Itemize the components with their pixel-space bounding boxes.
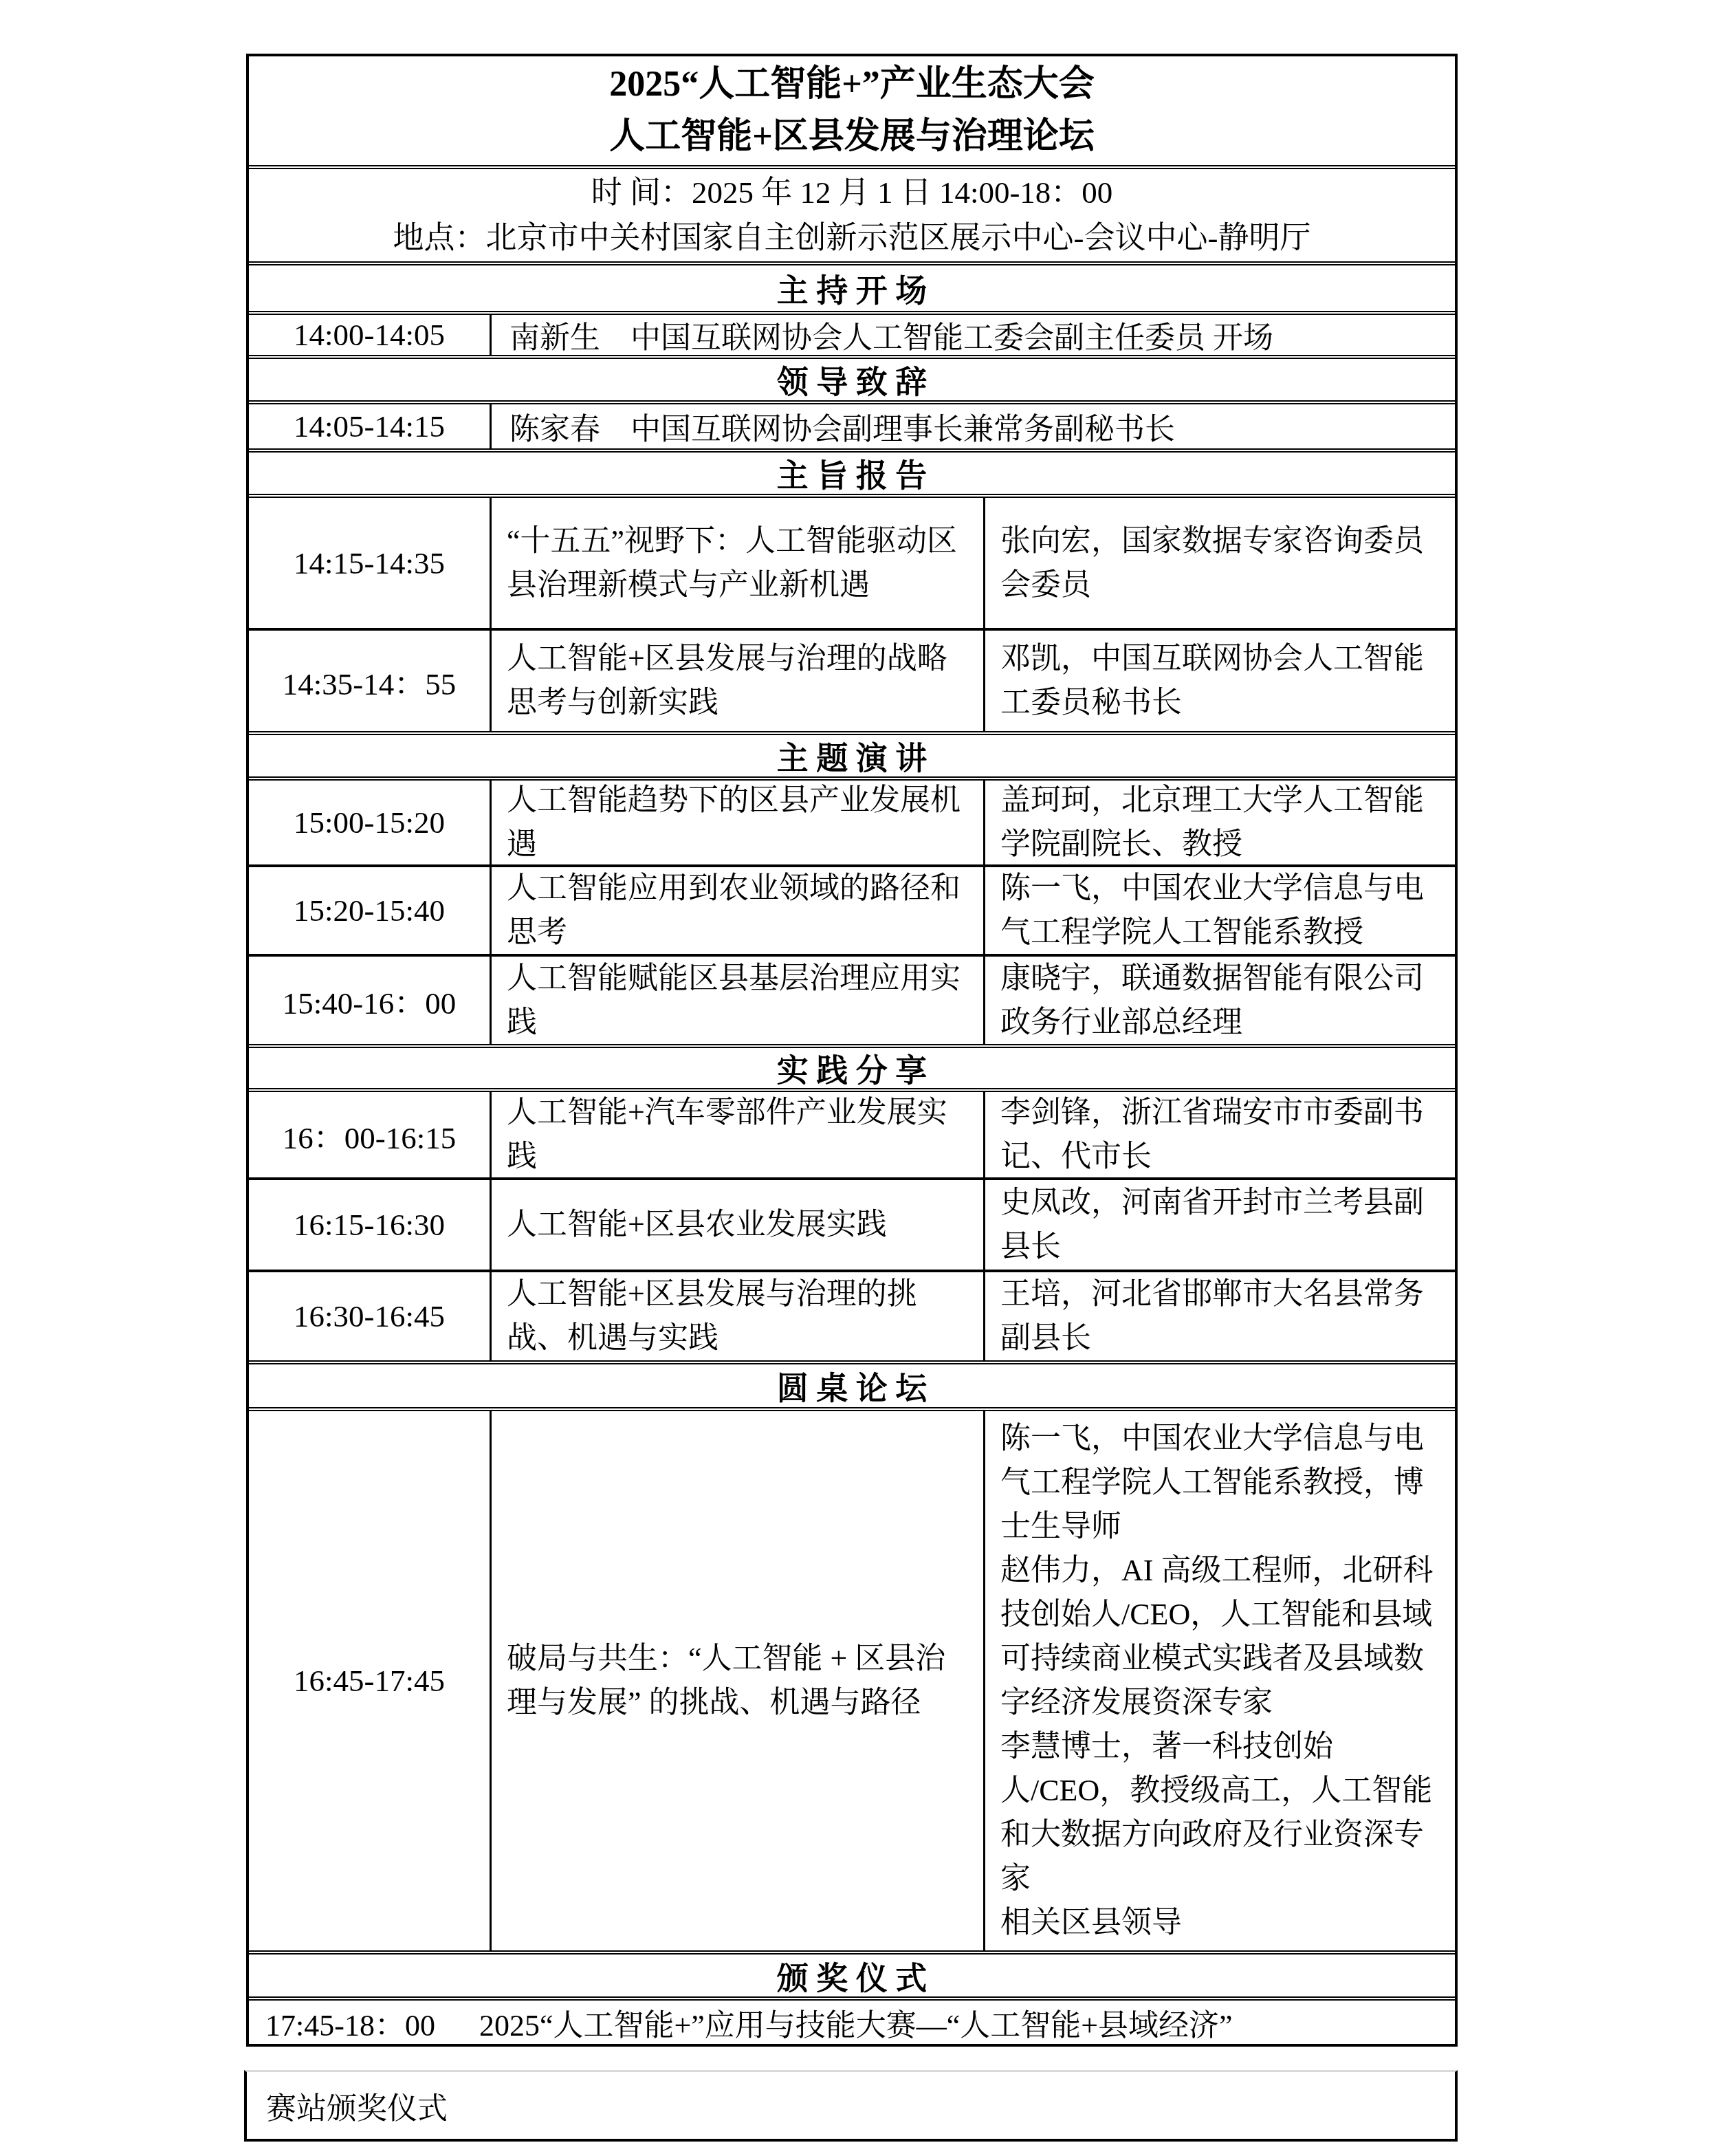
section-row-roundtable: 圆 桌 论 坛 [249, 1360, 1455, 1407]
time-cell: 16：00-16:15 [249, 1092, 490, 1177]
title-line-1: 2025“人工智能+”产业生态大会 [249, 58, 1455, 111]
speaker-cell: 陈一飞，中国农业大学信息与电气工程学院人工智能系教授，博士生导师 赵伟力，AI … [983, 1411, 1455, 1950]
time-cell: 14:15-14:35 [249, 498, 490, 628]
topic-cell: 人工智能趋势下的区县产业发展机遇 [490, 781, 983, 864]
table-row-award: 17:45-18：00 2025“人工智能+”应用与技能大赛—“人工智能+县域经… [249, 1996, 1455, 2044]
speaker-cell: 李剑锋，浙江省瑞安市市委副书记、代市长 [983, 1092, 1455, 1177]
section-header: 颁 奖 仪 式 [249, 1954, 1455, 1996]
speaker-cell: 张向宏，国家数据专家咨询委员会委员 [983, 498, 1455, 628]
table-row-roundtable: 16:45-17:45 破局与共生：“人工智能 + 区县治理与发展” 的挑战、机… [249, 1407, 1455, 1950]
table-row: 14:35-14：55 人工智能+区县发展与治理的战略思考与创新实践 邓凯，中国… [249, 628, 1455, 731]
roundtable-speaker: 相关区县领导 [1000, 1901, 1445, 1945]
time-cell: 15:20-15:40 [249, 867, 490, 954]
topic-cell: 人工智能+汽车零部件产业发展实践 [490, 1092, 983, 1177]
event-time: 时 间：2025 年 12 月 1 日 14:00-18：00 [249, 170, 1455, 215]
section-row-talks: 主 题 演 讲 [249, 731, 1455, 776]
speaker-cell: 陈一飞，中国农业大学信息与电气工程学院人工智能系教授 [983, 867, 1455, 954]
table-row-title: 2025“人工智能+”产业生态大会 人工智能+区县发展与治理论坛 [249, 56, 1455, 165]
section-header: 圆 桌 论 坛 [249, 1364, 1455, 1407]
content-cell: 南新生 中国互联网协会人工智能工委会副主任委员 开场 [490, 315, 1455, 355]
table-row: 15:00-15:20 人工智能趋势下的区县产业发展机遇 盖珂珂，北京理工大学人… [249, 776, 1455, 864]
event-place: 地点：北京市中关村国家自主创新示范区展示中心-会议中心-静明厅 [249, 215, 1455, 261]
topic-cell: 人工智能+区县农业发展实践 [490, 1180, 983, 1270]
topic-cell: 破局与共生：“人工智能 + 区县治理与发展” 的挑战、机遇与路径 [490, 1411, 983, 1950]
roundtable-speaker: 陈一飞，中国农业大学信息与电气工程学院人工智能系教授，博士生导师 [1000, 1417, 1445, 1549]
speaker-cell: 史凤改，河南省开封市兰考县副县长 [983, 1180, 1455, 1270]
table-row: 14:00-14:05 南新生 中国互联网协会人工智能工委会副主任委员 开场 [249, 311, 1455, 355]
section-header: 主 题 演 讲 [249, 735, 1455, 776]
meta-cell: 时 间：2025 年 12 月 1 日 14:00-18：00 地点：北京市中关… [249, 169, 1455, 261]
title-line-2: 人工智能+区县发展与治理论坛 [249, 111, 1455, 163]
section-header: 领 导 致 辞 [249, 359, 1455, 400]
time-cell: 14:00-14:05 [249, 315, 490, 355]
topic-cell: 人工智能赋能区县基层治理应用实践 [490, 957, 983, 1044]
time-cell: 16:15-16:30 [249, 1180, 490, 1270]
agenda-table: 2025“人工智能+”产业生态大会 人工智能+区县发展与治理论坛 时 间：202… [246, 54, 1458, 2047]
roundtable-speaker: 赵伟力，AI 高级工程师，北研科技创始人/CEO，人工智能和县域可持续商业模式实… [1000, 1549, 1445, 1725]
table-row: 14:15-14:35 “十五五”视野下：人工智能驱动区县治理新模式与产业新机遇… [249, 494, 1455, 628]
next-page-fragment: 赛站颁奖仪式 [244, 2070, 1458, 2142]
agenda-page: { "colors": { "border": "#000000", "back… [0, 0, 1734, 2156]
section-header: 主 持 开 场 [249, 265, 1455, 311]
fragment-text: 赛站颁奖仪式 [266, 2084, 448, 2128]
topic-cell: 人工智能+区县发展与治理的战略思考与创新实践 [490, 631, 983, 731]
time-cell: 15:00-15:20 [249, 781, 490, 864]
section-header: 主 旨 报 告 [249, 453, 1455, 494]
section-row-keynote: 主 旨 报 告 [249, 448, 1455, 494]
table-row: 16：00-16:15 人工智能+汽车零部件产业发展实践 李剑锋，浙江省瑞安市市… [249, 1088, 1455, 1177]
speaker-cell: 康晓宇，联通数据智能有限公司政务行业部总经理 [983, 957, 1455, 1044]
time-cell: 14:35-14：55 [249, 631, 490, 731]
roundtable-speaker: 李慧博士，著一科技创始人/CEO，教授级高工，人工智能和大数据方向政府及行业资深… [1000, 1725, 1445, 1901]
section-header: 实 践 分 享 [249, 1048, 1455, 1088]
topic-cell: 人工智能应用到农业领域的路径和思考 [490, 867, 983, 954]
table-row: 15:40-16：00 人工智能赋能区县基层治理应用实践 康晓宇，联通数据智能有… [249, 954, 1455, 1044]
table-row: 16:30-16:45 人工智能+区县发展与治理的挑战、机遇与实践 王培，河北省… [249, 1270, 1455, 1360]
section-row-host: 主 持 开 场 [249, 261, 1455, 311]
time-cell: 15:40-16：00 [249, 957, 490, 1044]
content-cell: 陈家春 中国互联网协会副理事长兼常务副秘书长 [490, 404, 1455, 448]
award-text: 2025“人工智能+”应用与技能大赛—“人工智能+县域经济” [479, 2001, 1233, 2045]
topic-cell: 人工智能+区县发展与治理的挑战、机遇与实践 [490, 1272, 983, 1360]
speaker-cell: 王培，河北省邯郸市大名县常务副县长 [983, 1272, 1455, 1360]
table-row: 14:05-14:15 陈家春 中国互联网协会副理事长兼常务副秘书长 [249, 400, 1455, 448]
section-row-leaders: 领 导 致 辞 [249, 355, 1455, 400]
time-cell: 16:30-16:45 [249, 1272, 490, 1360]
section-row-practice: 实 践 分 享 [249, 1044, 1455, 1088]
award-cell: 17:45-18：00 2025“人工智能+”应用与技能大赛—“人工智能+县域经… [249, 2001, 1455, 2044]
topic-cell: “十五五”视野下：人工智能驱动区县治理新模式与产业新机遇 [490, 498, 983, 628]
table-row-meta: 时 间：2025 年 12 月 1 日 14:00-18：00 地点：北京市中关… [249, 165, 1455, 261]
speaker-cell: 盖珂珂，北京理工大学人工智能学院副院长、教授 [983, 781, 1455, 864]
table-row: 15:20-15:40 人工智能应用到农业领域的路径和思考 陈一飞，中国农业大学… [249, 864, 1455, 954]
time-cell: 14:05-14:15 [249, 404, 490, 448]
section-row-award: 颁 奖 仪 式 [249, 1950, 1455, 1996]
time-cell: 16:45-17:45 [249, 1411, 490, 1950]
speaker-cell: 邓凯，中国互联网协会人工智能工委员秘书长 [983, 631, 1455, 731]
time-label: 17:45-18：00 [265, 2001, 435, 2045]
table-row: 16:15-16:30 人工智能+区县农业发展实践 史凤改，河南省开封市兰考县副… [249, 1177, 1455, 1270]
document-title: 2025“人工智能+”产业生态大会 人工智能+区县发展与治理论坛 [249, 56, 1455, 165]
